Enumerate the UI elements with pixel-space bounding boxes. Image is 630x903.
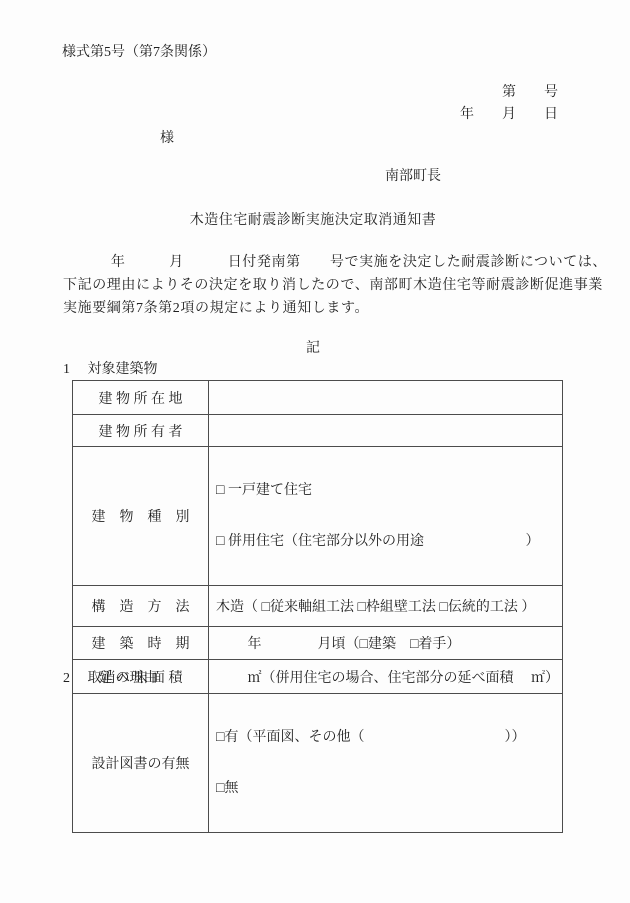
body-line: 実施要綱第7条第2項の規定により通知します。 <box>63 297 369 320</box>
row-value: ㎡（併用住宅の場合、住宅部分の延べ面積 ㎡） <box>209 660 563 694</box>
row-label: 建 築 時 期 <box>73 627 209 660</box>
notice-document-page: 様式第5号（第7条関係） 第 号 年 月 日 様 南部町長 木造住宅耐震診断実施… <box>0 0 630 903</box>
checkbox-option-drawings-yes: □有（平面図、その他（ ）） <box>216 728 556 747</box>
row-label: 建 物 種 別 <box>73 447 209 586</box>
row-structure-method: 構 造 方 法 木造（ □従来軸組工法 □枠組壁工法 □伝統的工法 ） <box>73 586 563 627</box>
section-1-heading: 1 対象建築物 <box>63 361 158 379</box>
row-value: □有（平面図、その他（ ）） □無 <box>209 694 563 833</box>
row-label: 設計図書の有無 <box>73 694 209 833</box>
sender-name: 南部町長 <box>385 168 441 186</box>
building-info-table: 建 物 所 在 地 建 物 所 有 者 建 物 種 別 □ 一戸建て住宅 □ 併… <box>72 380 563 833</box>
row-value <box>209 381 563 415</box>
row-value: 年 月頃（□建築 □着手） <box>209 627 563 660</box>
section-2-heading: 2 取消の理由 <box>63 670 158 688</box>
row-building-type: 建 物 種 別 □ 一戸建て住宅 □ 併用住宅（住宅部分以外の用途 ） <box>73 447 563 586</box>
row-construction-period: 建 築 時 期 年 月頃（□建築 □着手） <box>73 627 563 660</box>
form-number: 様式第5号（第7条関係） <box>62 44 216 62</box>
body-line: 下記の理由によりその決定を取り消したので、南部町木造住宅等耐震診断促進事業 <box>63 274 603 297</box>
body-line: 年 月 日付発南第 号で実施を決定した耐震診断については、 <box>63 251 607 274</box>
record-mark: 記 <box>63 340 563 358</box>
checkbox-option-mixed-use-house: □ 併用住宅（住宅部分以外の用途 ） <box>216 532 556 551</box>
row-value: 木造（ □従来軸組工法 □枠組壁工法 □伝統的工法 ） <box>209 586 563 627</box>
row-design-drawings: 設計図書の有無 □有（平面図、その他（ ）） □無 <box>73 694 563 833</box>
issue-date-line: 年 月 日 <box>0 106 558 124</box>
row-building-owner: 建 物 所 有 者 <box>73 415 563 447</box>
document-title: 木造住宅耐震診断実施決定取消通知書 <box>63 212 563 230</box>
row-label: 構 造 方 法 <box>73 586 209 627</box>
row-label: 建 物 所 有 者 <box>73 415 209 447</box>
row-label: 建 物 所 在 地 <box>73 381 209 415</box>
addressee-honorific: 様 <box>160 130 174 148</box>
row-value: □ 一戸建て住宅 □ 併用住宅（住宅部分以外の用途 ） <box>209 447 563 586</box>
row-value <box>209 415 563 447</box>
document-number-line: 第 号 <box>0 84 558 102</box>
row-building-location: 建 物 所 在 地 <box>73 381 563 415</box>
checkbox-option-detached-house: □ 一戸建て住宅 <box>216 481 556 500</box>
checkbox-option-drawings-no: □無 <box>216 779 556 798</box>
